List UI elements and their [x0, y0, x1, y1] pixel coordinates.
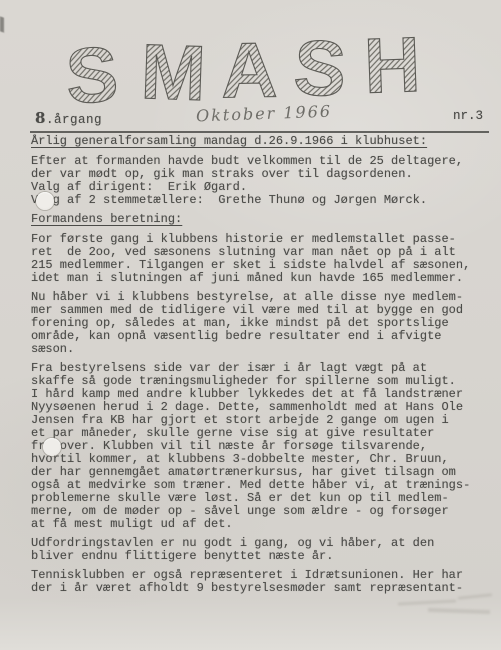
- punch-hole-bottom: [43, 438, 61, 456]
- scan-corner-mark: [0, 16, 4, 32]
- punch-hole-top: [36, 192, 54, 210]
- text-line: idet man i slutningen af juni måned kun …: [31, 272, 493, 285]
- logo-letter-a: A: [220, 25, 278, 108]
- text-line: Valg af 2 stemmetællere: Grethe Thunø og…: [31, 194, 493, 207]
- section-heading: Årlig generalforsamling mandag d.26.9.19…: [31, 135, 493, 148]
- paragraph: Udfordringstavlen er nu godt i gang, og …: [31, 537, 493, 563]
- text-line: der i år været afholdt 9 bestyrelsesmøde…: [31, 582, 493, 595]
- newsletter-page: S M A S H 8.årgang Oktober 1966 nr.3 Årl…: [0, 0, 501, 650]
- text-line: at få mest muligt ud af det.: [31, 518, 493, 531]
- logo-letter-h: H: [363, 20, 422, 108]
- paragraph: Nu håber vi i klubbens bestyrelse, at al…: [31, 291, 493, 356]
- section-heading: Formandens beretning:: [31, 213, 493, 226]
- volume-suffix: .årgang: [46, 113, 102, 127]
- paragraph: Fra bestyrelsens side var der især i år …: [31, 362, 493, 531]
- volume-label: 8.årgang: [35, 109, 102, 127]
- text-line: område, kan opnå væsentlig bedre resulta…: [31, 330, 493, 343]
- logo-letter-s1: S: [64, 30, 121, 108]
- paragraph: For første gang i klubbens historie er m…: [31, 233, 493, 285]
- issue-date-handwritten: Oktober 1966: [196, 102, 333, 126]
- paragraph: Tennisklubben er også repræsenteret i Id…: [31, 569, 493, 595]
- issue-number: nr.3: [453, 109, 483, 123]
- logo-letter-s2: S: [292, 23, 349, 108]
- text-line: sæson.: [31, 343, 493, 356]
- text-line: bliver endnu flittigere benyttet næste å…: [31, 550, 493, 563]
- masthead-rule: [30, 131, 489, 133]
- article-body: Årlig generalforsamling mandag d.26.9.19…: [31, 135, 493, 601]
- paragraph: Efter at formanden havde budt velkommen …: [31, 155, 493, 207]
- smash-logo: S M A S H: [0, 6, 501, 108]
- pencil-smudge: [428, 608, 490, 614]
- volume-number: 8: [35, 109, 46, 127]
- logo-letter-m: M: [139, 27, 207, 108]
